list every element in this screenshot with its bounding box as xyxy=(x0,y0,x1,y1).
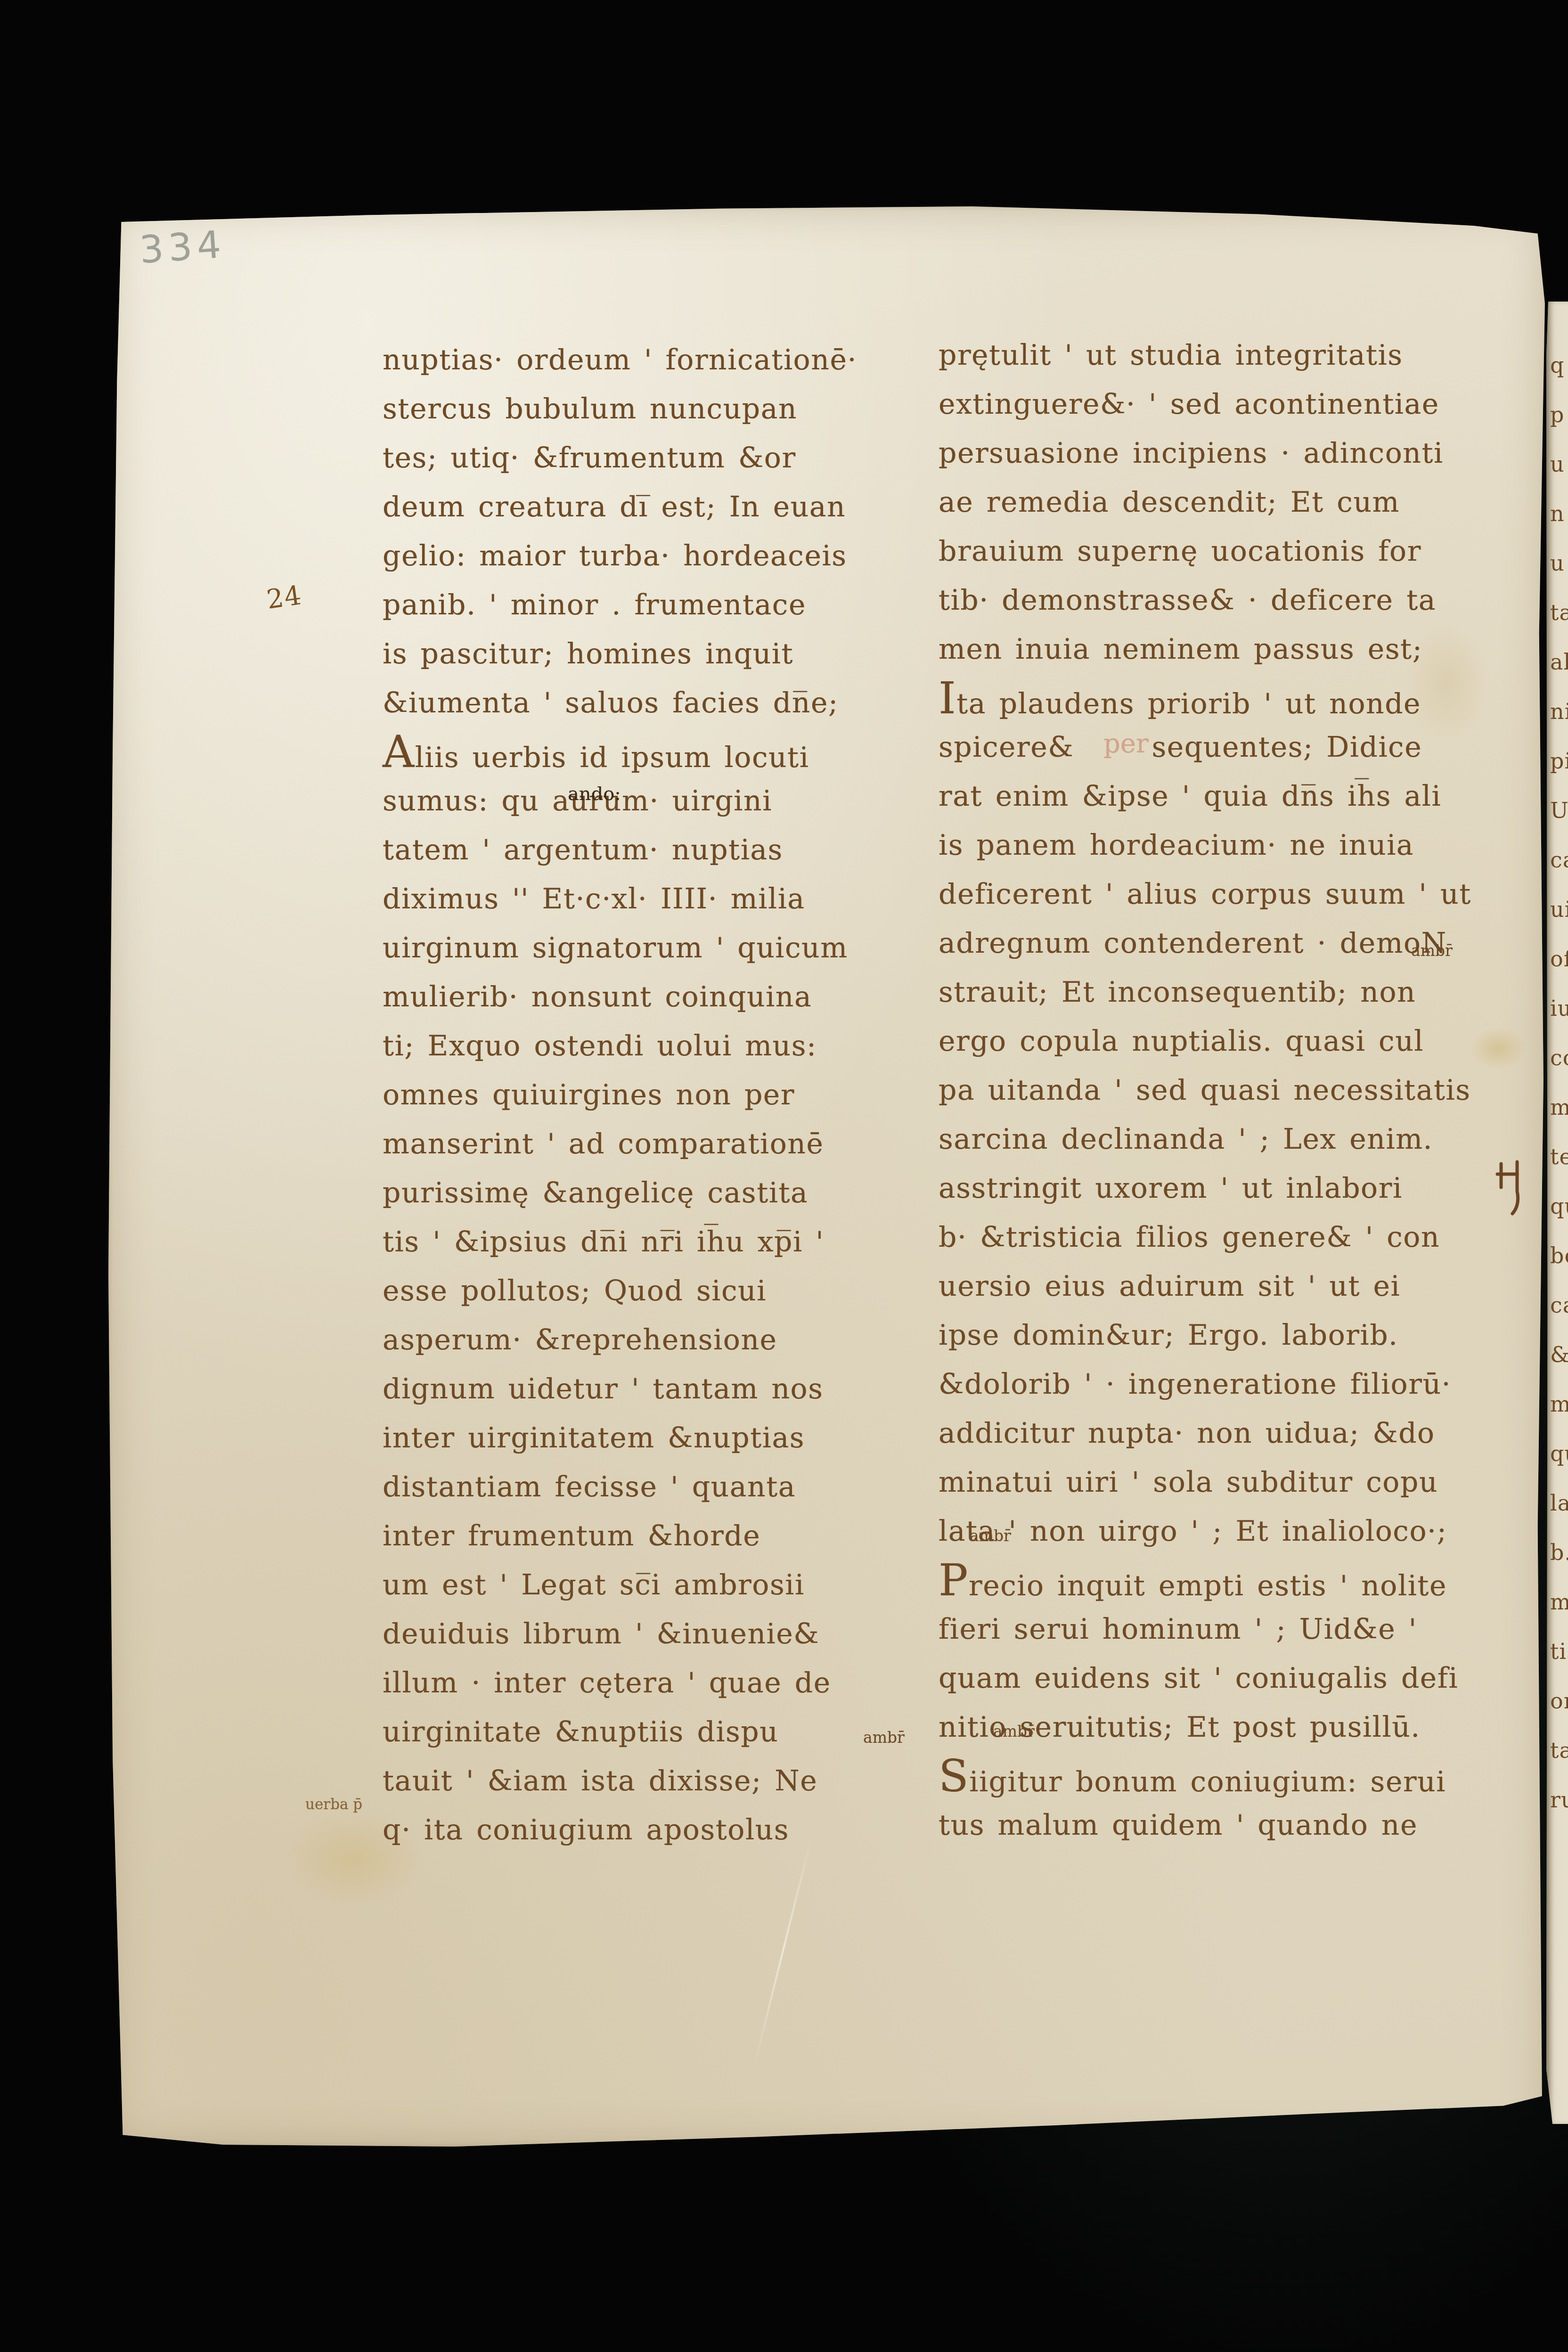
text-line: Ita plaudens priorib ' ut nonde xyxy=(939,674,1499,723)
text-line: deficerent ' alius corpus suum ' ut xyxy=(939,870,1499,919)
next-folio-text-fragment: ter xyxy=(1550,1144,1568,1169)
text-line: diximus '' Et·c·xl· IIII· milia xyxy=(383,874,936,923)
large-initial: A xyxy=(383,727,415,777)
nota-glyph-icon xyxy=(1494,1158,1528,1217)
next-folio-text-fragment: &a xyxy=(1550,1342,1568,1367)
next-folio-text-fragment: pi xyxy=(1550,748,1568,774)
text-line: minatui uiri ' sola subditur copu xyxy=(939,1458,1499,1507)
text-line: asstringit uxorem ' ut inlabori xyxy=(939,1164,1499,1213)
text-line: sarcina declinanda ' ; Lex enim. xyxy=(939,1115,1499,1164)
pencil-folio-number: 334 xyxy=(138,222,227,272)
text-line: manserint ' ad comparationē xyxy=(383,1119,936,1168)
text-line: fieri serui hominum ' ; Uid&e ' xyxy=(939,1605,1499,1654)
gloss-note: uerba p̄ xyxy=(305,1796,362,1813)
next-folio-text-fragment: ui xyxy=(1550,897,1568,922)
gloss-note: ambr̄ xyxy=(970,1527,1011,1545)
text-line: omnes quiuirgines non per xyxy=(383,1070,936,1119)
text-line: ergo copula nuptialis. quasi cul xyxy=(939,1017,1499,1066)
next-folio-text-fragment: ni xyxy=(1550,699,1568,724)
right-text-column: prętulit ' ut studia integritatisextingu… xyxy=(939,331,1499,1850)
text-line: pa uitanda ' sed quasi necessitatis xyxy=(939,1066,1499,1115)
next-folio-text-fragment: Ui xyxy=(1550,798,1568,823)
text-line: spicere& sequentes; Didice xyxy=(939,723,1499,772)
next-folio-text-fragment: ru xyxy=(1550,1787,1568,1813)
text-line: uirginitate &nuptiis dispu xyxy=(383,1707,936,1756)
text-line: tauit ' &iam ista dixisse; Ne xyxy=(383,1756,936,1805)
next-folio-text-fragment: tar xyxy=(1550,1738,1568,1763)
next-folio-text-fragment: q xyxy=(1550,352,1564,378)
text-line: panib. ' minor . frumentace xyxy=(383,580,936,629)
gloss-note: ambr̄ xyxy=(863,1728,905,1747)
large-initial: I xyxy=(939,673,956,724)
text-line: deuiduis librum ' &inuenie& xyxy=(383,1609,936,1658)
text-line: deum creatura di̅ est; In euan xyxy=(383,482,936,531)
text-line: dignum uidetur ' tantam nos xyxy=(383,1364,936,1413)
gloss-note: ando: xyxy=(568,783,621,805)
next-folio-text-fragment: u xyxy=(1550,451,1565,477)
text-line: sumus: qu aurum· uirgini xyxy=(383,776,936,825)
text-line: mulierib· nonsunt coinquina xyxy=(383,972,936,1021)
text-line: um est ' Legat sc̅i ambrosii xyxy=(383,1560,936,1609)
text-line: stercus bubulum nuncupan xyxy=(383,384,936,433)
text-line: b· &tristicia filios genere& ' con xyxy=(939,1213,1499,1262)
text-line: Precio inquit empti estis ' nolite xyxy=(939,1556,1499,1605)
text-line: ipse domin&ur; Ergo. laborib. xyxy=(939,1311,1499,1360)
next-folio-text-fragment: lat xyxy=(1550,1490,1568,1516)
large-initial: P xyxy=(939,1555,969,1606)
text-line: is panem hordeacium· ne inuia xyxy=(939,821,1499,870)
text-line: persuasione incipiens · adinconti xyxy=(939,429,1499,478)
next-folio-text-fragment: qu xyxy=(1550,1441,1568,1466)
text-line: tatem ' argentum· nuptias xyxy=(383,825,936,874)
text-line: Aliis uerbis id ipsum locuti xyxy=(383,727,936,776)
text-line: Siigitur bonum coniugium: serui xyxy=(939,1752,1499,1801)
gloss-note: ambr̄ xyxy=(993,1722,1035,1740)
next-folio-text-fragment: mi xyxy=(1550,1094,1568,1120)
next-folio-text-fragment: tis xyxy=(1550,1639,1568,1664)
next-folio-text-fragment: me xyxy=(1550,1391,1568,1417)
next-folio-text-fragment: n xyxy=(1550,501,1565,526)
text-line: uersio eius aduirum sit ' ut ei xyxy=(939,1262,1499,1311)
text-line: tus malum quidem ' quando ne xyxy=(939,1801,1499,1850)
text-line: purissimę &angelicę castita xyxy=(383,1168,936,1217)
text-line: men inuia neminem passus est; xyxy=(939,625,1499,674)
next-folio-text-fragment: cæ xyxy=(1550,1292,1568,1318)
next-folio-text-fragment: ta xyxy=(1550,600,1568,625)
text-line: rat enim &ipse ' quia dn̅s ih̅s ali xyxy=(939,772,1499,821)
next-folio-text-fragment: me xyxy=(1550,1589,1568,1615)
text-line: is pascitur; homines inquit xyxy=(383,629,936,678)
text-line: uirginum signatorum ' quicum xyxy=(383,923,936,972)
gloss-note: per xyxy=(1103,728,1149,759)
text-line: lata ' non uirgo ' ; Et inalioloco·; xyxy=(939,1507,1499,1556)
text-line: tes; utiq· &frumentum &or xyxy=(383,433,936,482)
next-folio-text-fragment: of xyxy=(1550,946,1568,972)
text-line: tis ' &ipsius dn̅i nr̅i ih̅u xp̅i ' xyxy=(383,1217,936,1266)
next-folio-text-fragment: ca xyxy=(1550,847,1568,873)
text-line: illum · inter cętera ' quae de xyxy=(383,1658,936,1707)
next-folio-text-fragment: ab xyxy=(1550,649,1568,675)
text-line: inter frumentum &horde xyxy=(383,1511,936,1560)
next-folio-text-fragment: om xyxy=(1550,1688,1568,1714)
text-line: quam euidens sit ' coniugalis defi xyxy=(939,1654,1499,1703)
text-line: esse pollutos; Quod sicui xyxy=(383,1266,936,1315)
text-line: &dolorib ' · ingeneratione filiorū· xyxy=(939,1360,1499,1409)
gloss-note: ambr̄ xyxy=(1411,941,1453,960)
left-text-column: nuptias· ordeum ' fornicationē·stercus b… xyxy=(383,335,936,1854)
text-line: &iumenta ' saluos facies dn̅e; xyxy=(383,678,936,727)
next-folio-text-fragment: ben xyxy=(1550,1243,1568,1268)
text-line: nuptias· ordeum ' fornicationē· xyxy=(383,335,936,384)
text-line: q· ita coniugium apostolus xyxy=(383,1805,936,1854)
next-folio-text-fragment: u xyxy=(1550,550,1565,576)
text-line: distantiam fecisse ' quanta xyxy=(383,1462,936,1511)
text-line: prętulit ' ut studia integritatis xyxy=(939,331,1499,380)
next-folio-fore-edge: qpunutaabnipiUicauiofiugcopmiterqubencæ&… xyxy=(1546,302,1568,2124)
text-line: asperum· &reprehensione xyxy=(383,1315,936,1364)
next-folio-text-fragment: cop xyxy=(1550,1045,1568,1070)
left-margin-nota-mark: 24 xyxy=(265,580,304,615)
text-line: ae remedia descendit; Et cum xyxy=(939,478,1499,527)
text-line: tib· demonstrasse& · deficere ta xyxy=(939,576,1499,625)
next-folio-text-fragment: qu xyxy=(1550,1193,1568,1219)
text-line: extinguere&· ' sed acontinentiae xyxy=(939,380,1499,429)
text-line: inter uirginitatem &nuptias xyxy=(383,1413,936,1462)
large-initial: S xyxy=(939,1751,969,1802)
next-folio-text-fragment: iug xyxy=(1550,996,1568,1021)
right-margin-nota-mark xyxy=(1494,1158,1528,1219)
text-line: ti; Exquo ostendi uolui mus: xyxy=(383,1021,936,1070)
text-line: addicitur nupta· non uidua; &do xyxy=(939,1409,1499,1458)
next-folio-text-fragment: b. xyxy=(1550,1540,1568,1565)
text-line: brauium supernę uocationis for xyxy=(939,527,1499,576)
text-line: gelio: maior turba· hordeaceis xyxy=(383,531,936,580)
next-folio-text-fragment: p xyxy=(1550,402,1564,427)
text-line: strauit; Et inconsequentib; non xyxy=(939,968,1499,1017)
